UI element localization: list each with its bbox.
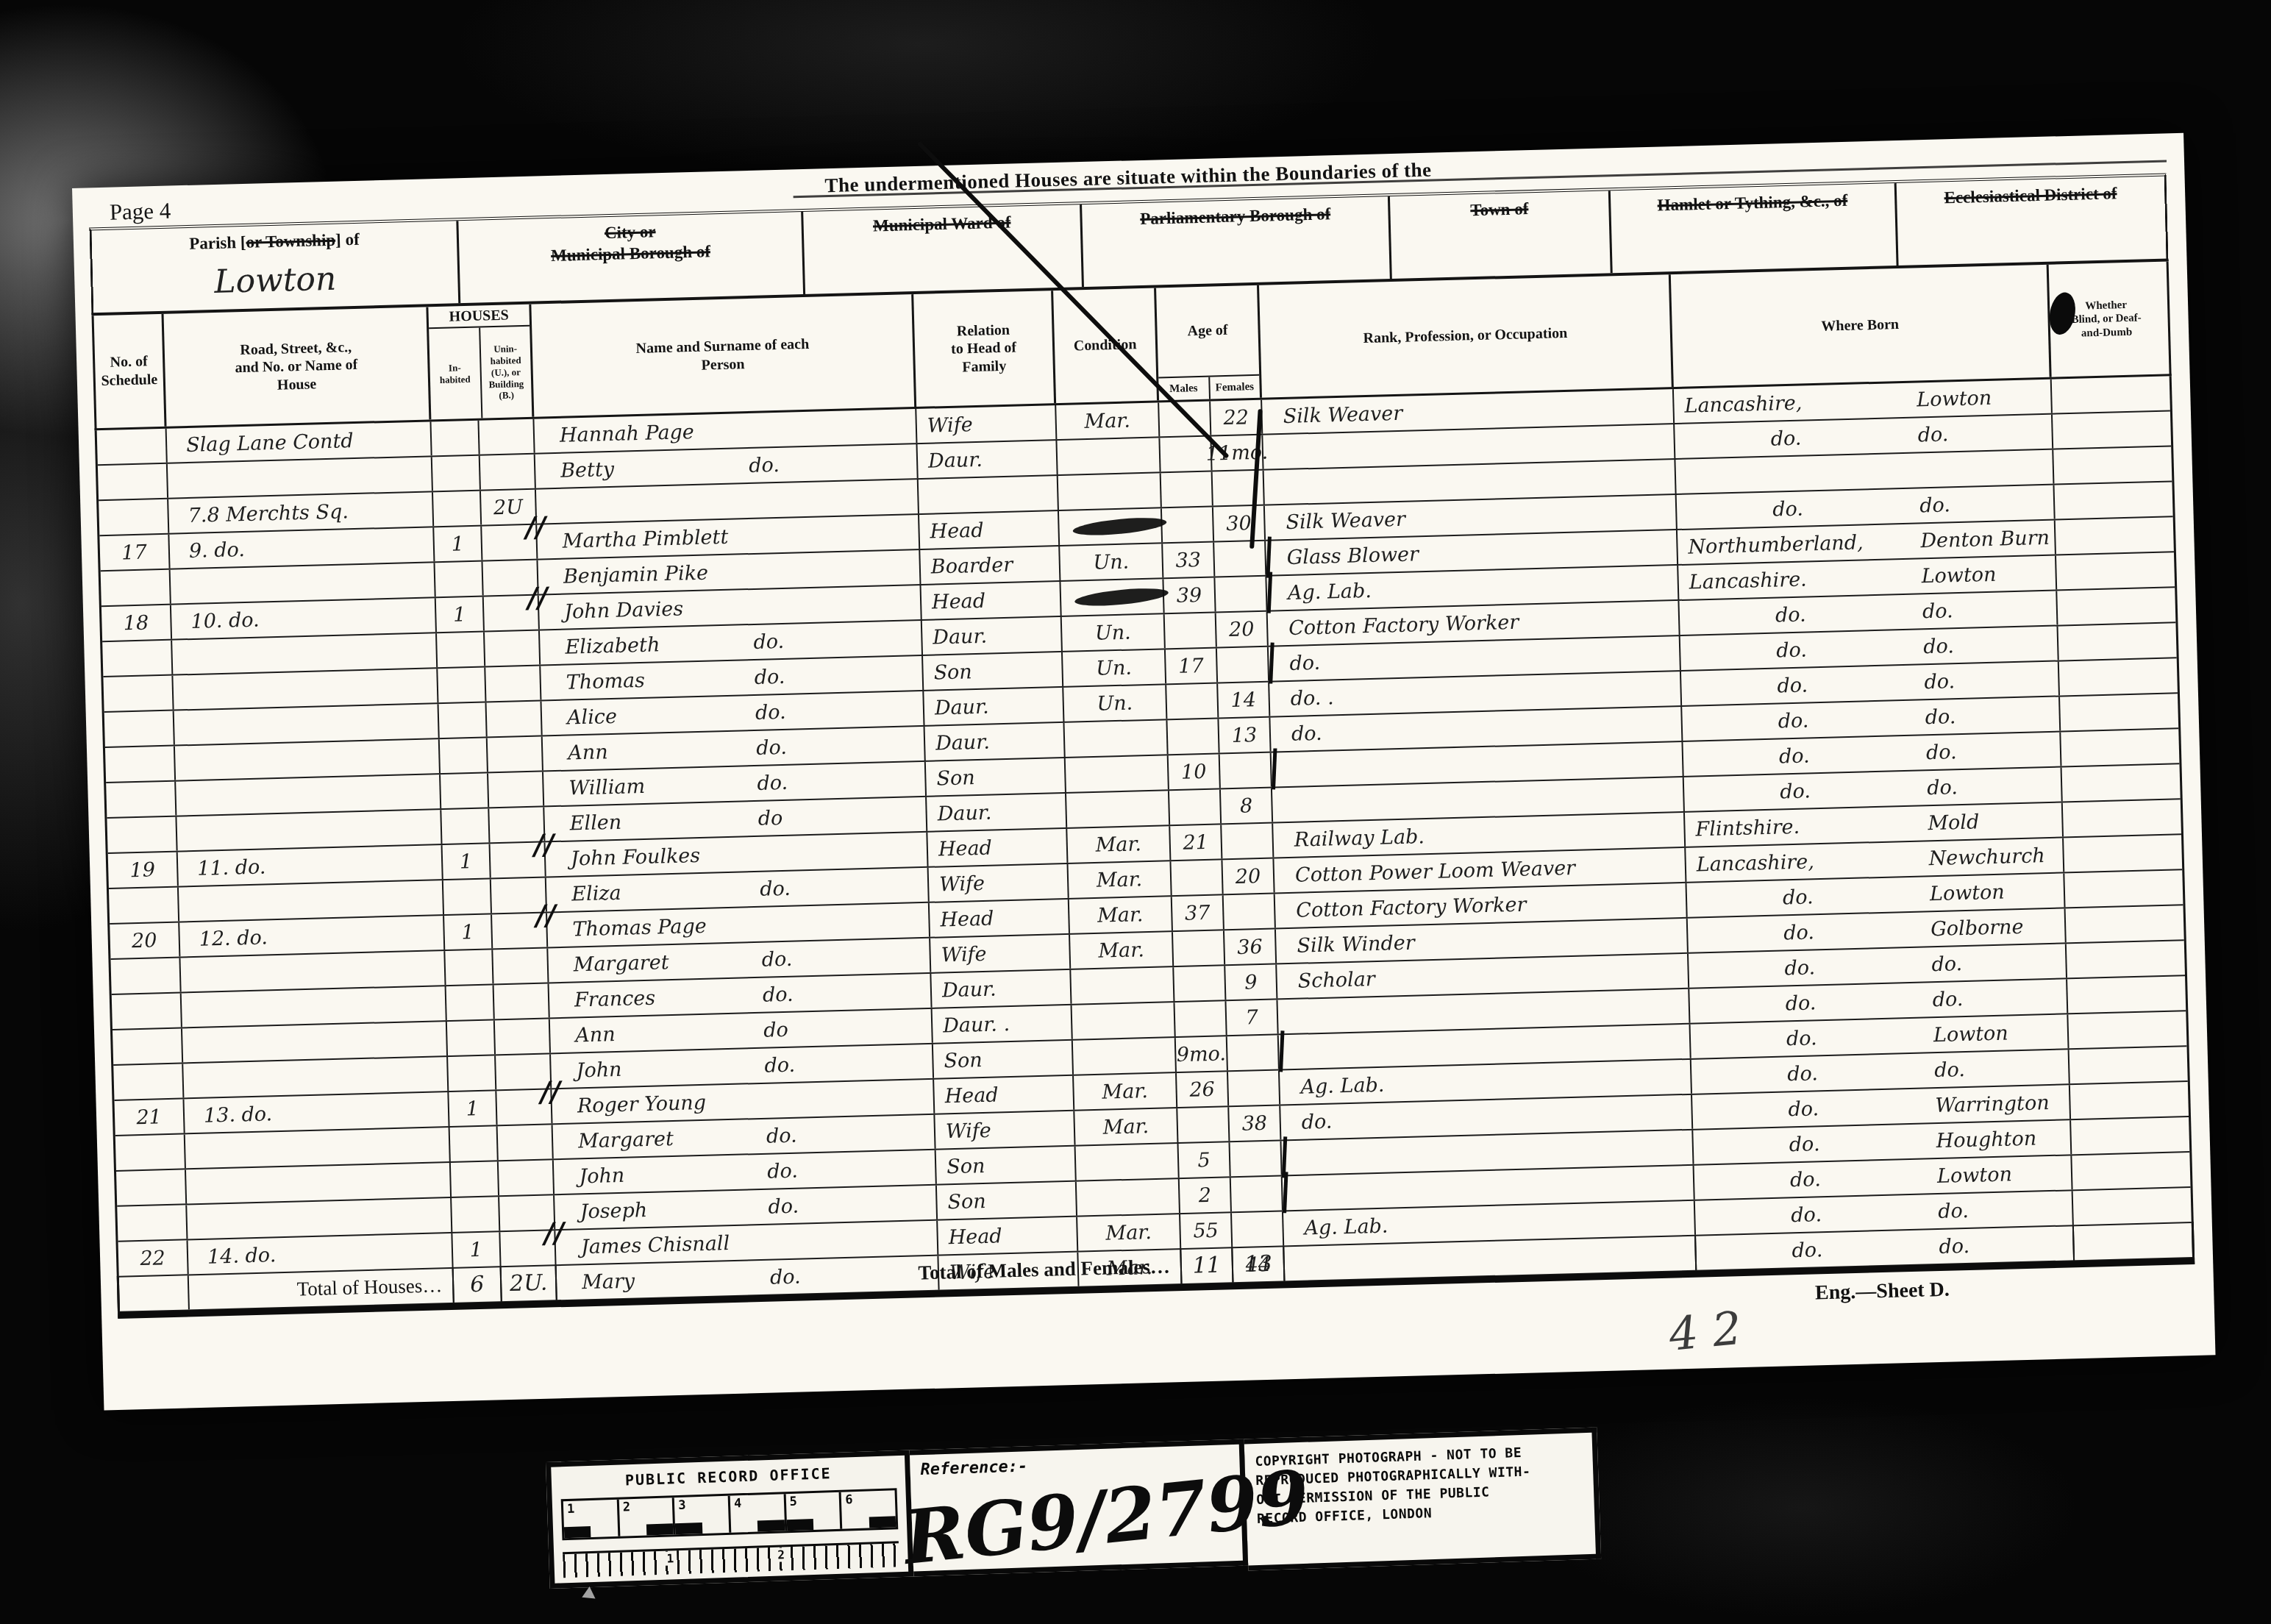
person-name-ditto: do. <box>768 1194 799 1218</box>
cell-condition <box>1060 579 1164 616</box>
jurisdiction-label-part: Parish [ <box>189 233 246 253</box>
jurisdiction-box: Municipal Ward of <box>803 204 1084 294</box>
cell-infirmity <box>2069 1047 2183 1083</box>
jurisdiction-label: Parliamentary Borough of <box>1082 202 1388 232</box>
born-county: do. <box>1779 744 1810 768</box>
cell-schedule <box>109 888 179 923</box>
cell-road <box>173 669 438 709</box>
photo-artifact <box>582 1586 599 1604</box>
cell-inhabited <box>439 702 488 738</box>
person-name: Joseph <box>580 1199 647 1223</box>
cell-age-male <box>1171 860 1223 895</box>
born-place: Denton Burn <box>1920 526 2050 552</box>
cell-uninhabited <box>488 772 544 807</box>
cell-road <box>174 704 440 744</box>
cell-schedule <box>97 429 168 464</box>
cell-age-male <box>1177 1107 1230 1142</box>
jurisdiction-box: Town of <box>1390 190 1612 279</box>
cell-road <box>175 739 441 780</box>
cell-schedule: 18 <box>101 605 172 641</box>
cell-age-female: 20 <box>1222 859 1274 894</box>
cell-schedule <box>113 1028 183 1064</box>
household-mark: // <box>540 1075 561 1108</box>
cell-condition: Mar. <box>1069 897 1173 933</box>
born-place: do. <box>1927 776 1958 799</box>
cell-inhabited <box>446 985 495 1020</box>
cell-road: 11. do. <box>178 845 443 886</box>
cell-condition <box>1073 1038 1177 1075</box>
col-road: Road, Street, &c., and No. or Name of Ho… <box>164 307 432 426</box>
cell-road <box>180 951 446 991</box>
cell-condition <box>1066 755 1169 792</box>
cell-age-female <box>1222 824 1274 859</box>
ruler-cm-label: 2 <box>618 1497 675 1536</box>
born-place: do. <box>1924 670 1955 694</box>
cell-schedule <box>112 993 182 1028</box>
born-place: Lowton <box>1937 1163 2013 1188</box>
cell-age-female: 8 <box>1221 788 1273 824</box>
cell-uninhabited <box>498 1125 554 1160</box>
cell-road <box>171 563 436 603</box>
cell-age-male <box>1165 613 1217 648</box>
cell-inhabited: 1 <box>444 914 493 950</box>
person-name: John Foulkes <box>571 844 701 870</box>
cell-relation: Wife <box>930 935 1071 972</box>
cell-age-male <box>1167 719 1219 754</box>
cell-inhabited <box>445 950 493 985</box>
person-name-ditto: do. <box>753 630 784 653</box>
cell-age-female <box>1231 1176 1283 1211</box>
cell-road <box>185 1128 451 1168</box>
col-age: Age of Males Females <box>1156 285 1262 401</box>
cell-relation: Head <box>934 1076 1074 1114</box>
cell-age-female: 38 <box>1229 1105 1281 1141</box>
cell-road <box>172 633 438 674</box>
cell-infirmity <box>2068 1011 2181 1048</box>
jurisdiction-box: City or Municipal Borough of <box>458 212 805 303</box>
cell-infirmity <box>2071 1117 2184 1154</box>
ruler-inch-label: 1 <box>663 1551 677 1566</box>
jurisdiction-label-part: Town of <box>1470 199 1529 219</box>
cell-road <box>168 457 433 497</box>
cell-infirmity <box>2073 1188 2186 1225</box>
cell-schedule <box>106 782 177 817</box>
born-county: do. <box>1784 956 1815 980</box>
born-county: Lancashire. <box>1689 568 1807 594</box>
born-place: do. <box>1922 599 1953 623</box>
table-body: Slag Lane ContdHannah PageWifeMar.22Silk… <box>95 376 2195 1313</box>
cell-road: 13. do. <box>184 1092 449 1133</box>
cell-infirmity <box>2053 412 2166 449</box>
cell-age-female <box>1224 894 1276 930</box>
total-males: 11 <box>1181 1247 1233 1284</box>
cell-age-male: 55 <box>1180 1213 1233 1248</box>
ruler-cm-label: 4 <box>730 1494 787 1532</box>
cell-infirmity <box>2058 624 2172 660</box>
jurisdiction-label: Municipal Ward of <box>803 210 1080 239</box>
cell-infirmity <box>2062 764 2175 801</box>
ruler-cm-label: 5 <box>785 1492 842 1531</box>
person-name-ditto: do. <box>749 453 780 477</box>
cell-schedule <box>116 1169 187 1205</box>
cell-relation: Daur. . <box>933 1005 1073 1043</box>
cell-age-male <box>1169 789 1222 825</box>
cell-inhabited <box>437 633 485 668</box>
total-females: 13 <box>1233 1245 1285 1283</box>
cell-road: 7.8 Merchts Sq. <box>168 492 434 533</box>
jurisdiction-label: Town of <box>1390 196 1608 223</box>
household-mark: // <box>527 580 548 614</box>
cell-relation: Daur. <box>927 794 1067 831</box>
cell-relation: Son <box>936 1147 1077 1184</box>
person-name: Margaret <box>578 1128 674 1153</box>
cell-condition <box>1071 967 1174 1004</box>
photo-background: Page 4 The undermentioned Houses are sit… <box>0 0 2271 1624</box>
cell-relation: Head <box>930 900 1070 937</box>
cell-relation: Son <box>937 1182 1077 1219</box>
ruler-cm-scale: 123456 <box>561 1488 899 1540</box>
born-place: Houghton <box>1936 1127 2036 1153</box>
cell-relation: Wife <box>935 1111 1075 1149</box>
cell-relation: Son <box>926 758 1066 796</box>
cell-age-male <box>1173 930 1225 966</box>
person-name-ditto: do <box>757 807 782 830</box>
cell-schedule <box>110 958 181 993</box>
cell-road: 12. do. <box>179 916 445 956</box>
household-mark: // <box>535 898 556 932</box>
person-name-ditto: do. <box>766 1124 797 1147</box>
cell-schedule <box>99 499 169 535</box>
born-county: do. <box>1789 1133 1819 1156</box>
cell-schedule <box>102 641 173 676</box>
cell-relation: Daur. <box>931 970 1072 1008</box>
sheet-designation: Eng.—Sheet D. <box>1815 1278 1950 1306</box>
cell-inhabited <box>447 1020 496 1055</box>
cell-age-female <box>1230 1141 1282 1176</box>
houses-heading: HOUSES <box>428 304 530 330</box>
cell-condition <box>1059 508 1163 545</box>
cell-uninhabited <box>494 983 550 1019</box>
jurisdiction-label-part: Parliamentary Borough of <box>1140 204 1331 228</box>
jurisdiction-label: Parish [or Township] of <box>92 227 457 257</box>
cell-relation: Son <box>933 1041 1074 1078</box>
ruler-cm-label: 6 <box>841 1490 896 1528</box>
born-county: do. <box>1775 603 1806 627</box>
cell-relation: Wife <box>929 864 1069 902</box>
cell-inhabited: 1 <box>434 527 482 562</box>
cell-schedule <box>103 676 174 711</box>
cell-age-male <box>1161 472 1213 508</box>
cell-uninhabited <box>479 419 535 455</box>
col-houses: HOUSES In- habited Unin- habited (U.), o… <box>428 304 534 420</box>
cell-age-female <box>1217 647 1269 683</box>
person-name: Benjamin Pike <box>563 561 709 588</box>
jurisdiction-box: Hamlet or Tything, &c., of <box>1610 183 1898 273</box>
col-occupation: Rank, Profession, or Occupation <box>1259 274 1674 398</box>
born-county: Lancashire, <box>1696 850 1814 876</box>
cell-infirmity <box>2060 694 2173 730</box>
born-place: do. <box>1938 1199 1969 1222</box>
jurisdiction-label: Hamlet or Tything, &c., of <box>1611 189 1895 218</box>
person-name: Roger Young <box>577 1091 706 1117</box>
cell-condition: Mar. <box>1067 826 1171 863</box>
cell-infirmity <box>2064 835 2177 872</box>
person-name: Thomas <box>566 669 645 694</box>
person-name: John Davies <box>564 597 684 623</box>
cell-relation: Daur. <box>925 723 1066 761</box>
col-inhabited: In- habited <box>429 328 482 419</box>
cell-schedule: 17 <box>99 535 170 570</box>
col-relation: Relation to Head of Family <box>913 291 1056 407</box>
cell-road: 10. do. <box>171 598 437 638</box>
col-females: Females <box>1210 376 1260 399</box>
cell-relation: Son <box>923 652 1063 690</box>
jurisdiction-label-part: City or Municipal Borough of <box>551 222 710 264</box>
ruler-inch-scale: 1 2 <box>563 1541 899 1578</box>
jurisdiction-label-part: Ecclesiastical District of <box>1944 184 2117 207</box>
born-county: Lancashire, <box>1684 391 1803 417</box>
born-county: do. <box>1790 1168 1821 1192</box>
cell-age-female: 20 <box>1216 612 1269 647</box>
cell-schedule: 22 <box>118 1240 189 1275</box>
born-county: do. <box>1791 1203 1822 1227</box>
person-name: Ann <box>568 741 608 764</box>
ruler-inch-label: 2 <box>774 1548 788 1562</box>
cell-age-female: 13 <box>1219 718 1271 753</box>
person-name: Margaret <box>573 951 669 976</box>
cell-age-male <box>1162 508 1214 543</box>
cell-inhabited <box>440 738 488 773</box>
born-county: Flintshire. <box>1695 815 1800 841</box>
cell-age-male: 5 <box>1179 1142 1231 1178</box>
born-county: do. <box>1785 991 1816 1015</box>
jurisdiction-label-part: or Township <box>246 231 335 252</box>
cell-inhabited <box>450 1126 499 1161</box>
born-place: Warrington <box>1935 1091 2050 1117</box>
cell-age-female <box>1228 1070 1280 1105</box>
born-place: Newchurch <box>1928 844 2045 870</box>
cell-condition <box>1077 1179 1180 1216</box>
cell-infirmity <box>2066 905 2179 942</box>
person-name: Frances <box>574 986 656 1011</box>
born-place: do. <box>1931 952 1962 976</box>
cell-infirmity <box>2061 729 2174 766</box>
cell-condition: Un. <box>1063 685 1167 722</box>
person-name: Martha Pimblett <box>562 525 728 552</box>
cell-uninhabited <box>485 666 541 702</box>
cell-road <box>177 810 442 850</box>
born-place: do. <box>1932 988 1963 1011</box>
ruler-cm-label: 1 <box>563 1500 620 1538</box>
cell-inhabited <box>438 668 486 703</box>
ruler-cm-label: 3 <box>674 1496 731 1534</box>
cell-condition: Mar. <box>1056 402 1160 439</box>
cell-infirmity <box>2053 447 2167 484</box>
cell-schedule: 19 <box>108 852 179 888</box>
cell-age-male <box>1174 1001 1227 1036</box>
jurisdiction-label: City or Municipal Borough of <box>458 218 802 269</box>
cell-condition <box>1076 1144 1180 1180</box>
person-name-ditto: do. <box>764 1053 795 1077</box>
jurisdiction-label-part: ] of <box>335 230 360 249</box>
cell-age-female: 7 <box>1226 1000 1278 1035</box>
born-place: Lowton <box>1930 880 2006 905</box>
cell-relation <box>919 476 1059 513</box>
cell-age-female <box>1215 577 1267 612</box>
born-county: do. <box>1776 638 1807 662</box>
cell-age-male: 9mo. <box>1176 1036 1228 1072</box>
cell-age-male: 10 <box>1169 754 1221 789</box>
cell-age-male: 21 <box>1170 825 1222 860</box>
person-name: Betty <box>560 457 615 482</box>
cell-relation: Daur. <box>918 441 1058 478</box>
age-heading: Age of <box>1156 285 1259 377</box>
cell-age-male <box>1166 683 1219 719</box>
cell-schedule: 21 <box>115 1099 185 1134</box>
cell-condition <box>1064 720 1168 757</box>
person-name-ditto: do. <box>761 947 792 971</box>
person-name-ditto: do. <box>760 877 791 900</box>
jurisdiction-value: Lowton <box>93 255 458 305</box>
household-mark: // <box>543 1216 565 1250</box>
born-place: Lowton <box>1917 386 1992 411</box>
cell-age-male: 37 <box>1172 895 1224 930</box>
born-county: do. <box>1777 674 1808 697</box>
cell-road <box>186 1163 452 1203</box>
person-name-ditto: do. <box>755 700 786 724</box>
born-place: do. <box>1919 494 1950 517</box>
cell-age-female <box>1232 1211 1284 1247</box>
cell-schedule <box>105 747 176 782</box>
cell-road <box>182 1022 448 1062</box>
cell-inhabited: 1 <box>443 844 491 879</box>
person-name: John <box>576 1058 622 1082</box>
born-place: do. <box>1934 1058 1965 1082</box>
person-name-ditto: do <box>763 1018 788 1041</box>
pencil-annotation: 4 2 <box>1666 1301 1744 1361</box>
cell-age-female <box>1214 541 1266 577</box>
jurisdiction-label-part: Hamlet or Tything, &c., of <box>1657 191 1847 215</box>
cell-road <box>183 1057 449 1097</box>
born-county: do. <box>1778 709 1808 733</box>
total-spacer <box>2074 1222 2187 1261</box>
jurisdiction-box: Parliamentary Borough of <box>1082 196 1392 287</box>
cell-inhabited: 1 <box>436 597 485 633</box>
cell-age-male: 39 <box>1163 577 1216 613</box>
cell-uninhabited <box>493 948 549 983</box>
cell-inhabited <box>441 773 489 808</box>
cell-schedule <box>98 464 168 499</box>
cell-age-female: 30 <box>1213 506 1266 541</box>
cell-age-female <box>1220 753 1272 788</box>
cell-road <box>182 986 447 1027</box>
cell-age-male: 26 <box>1177 1072 1229 1107</box>
cell-schedule <box>115 1134 186 1169</box>
person-name: Ann <box>575 1023 616 1047</box>
cell-schedule <box>104 711 175 747</box>
cell-age-female: 22 <box>1211 400 1263 435</box>
cell-infirmity <box>2067 941 2180 977</box>
person-name: Eliza <box>571 881 621 905</box>
cell-relation: Head <box>919 511 1060 549</box>
total-inhabited: 6 <box>454 1266 502 1303</box>
person-name: William <box>568 774 645 799</box>
born-place: do. <box>1917 423 1948 446</box>
cell-road <box>176 774 441 815</box>
person-name-ditto: do. <box>756 736 787 759</box>
person-name: Ellen <box>569 811 621 835</box>
cell-inhabited <box>452 1197 500 1232</box>
col-name: Name and Surname of each Person <box>531 294 916 417</box>
cell-inhabited <box>443 879 492 914</box>
jurisdiction-box: Parish [or Township] ofLowton <box>92 221 461 313</box>
pro-stamp: PUBLIC RECORD OFFICE 123456 1 2 <box>546 1450 913 1589</box>
cell-inhabited <box>433 491 482 527</box>
cell-condition: Mar. <box>1074 1108 1178 1145</box>
cell-infirmity <box>2063 799 2176 836</box>
person-name-ditto: do. <box>754 665 785 688</box>
born-county: do. <box>1770 427 1801 450</box>
cell-age-male: 17 <box>1166 648 1218 683</box>
cell-uninhabited <box>495 1019 551 1054</box>
ink-blot <box>1074 585 1169 609</box>
person-name-ditto: do. <box>757 771 788 794</box>
cell-condition: Mar. <box>1077 1214 1181 1251</box>
cell-inhabited <box>431 421 479 456</box>
cell-infirmity <box>2070 1082 2183 1119</box>
cell-inhabited <box>435 562 483 597</box>
cell-condition <box>1058 473 1162 510</box>
person-name-ditto: do. <box>767 1159 798 1183</box>
jurisdiction-box: Ecclesiastical District of <box>1896 177 2166 266</box>
cell-infirmity <box>2056 518 2169 555</box>
cell-inhabited <box>448 1055 496 1091</box>
cell-uninhabited <box>485 631 541 666</box>
cell-condition: Mar. <box>1070 932 1174 969</box>
cell-age-male: 2 <box>1180 1178 1232 1213</box>
born-county: do. <box>1783 886 1814 909</box>
cell-age-male: 33 <box>1163 543 1215 578</box>
cell-condition <box>1072 1002 1176 1039</box>
cell-condition: Un. <box>1063 649 1166 686</box>
household-mark: // <box>525 510 546 544</box>
cell-road <box>179 880 444 921</box>
cell-relation: Boarder <box>920 546 1060 584</box>
cell-age-female <box>1227 1035 1280 1070</box>
jurisdiction-label: Ecclesiastical District of <box>1897 182 2165 210</box>
cell-inhabited <box>441 808 490 844</box>
born-place: do. <box>1925 705 1956 729</box>
cell-relation: Daur. <box>922 617 1063 655</box>
cell-age-female: 36 <box>1224 929 1277 964</box>
cell-infirmity <box>2056 553 2170 590</box>
household-mark: // <box>533 827 555 861</box>
born-place: do. <box>1923 635 1954 658</box>
cell-schedule <box>117 1205 188 1240</box>
person-name: Alice <box>567 705 618 729</box>
cell-condition <box>1066 791 1170 827</box>
person-name-ditto: do. <box>763 983 794 1006</box>
person-name: James Chisnall <box>581 1232 730 1258</box>
archive-stamps: PUBLIC RECORD OFFICE 123456 1 2 Referenc… <box>546 1428 1601 1589</box>
total-houses-label: Total of Houses… <box>119 1267 454 1312</box>
cell-schedule <box>101 570 171 605</box>
person-name: Hannah Page <box>560 420 695 446</box>
born-place: do. <box>1926 741 1957 764</box>
cell-inhabited <box>451 1161 499 1197</box>
cell-condition: Mar. <box>1074 1073 1177 1110</box>
born-place: Mold <box>1928 811 1980 835</box>
